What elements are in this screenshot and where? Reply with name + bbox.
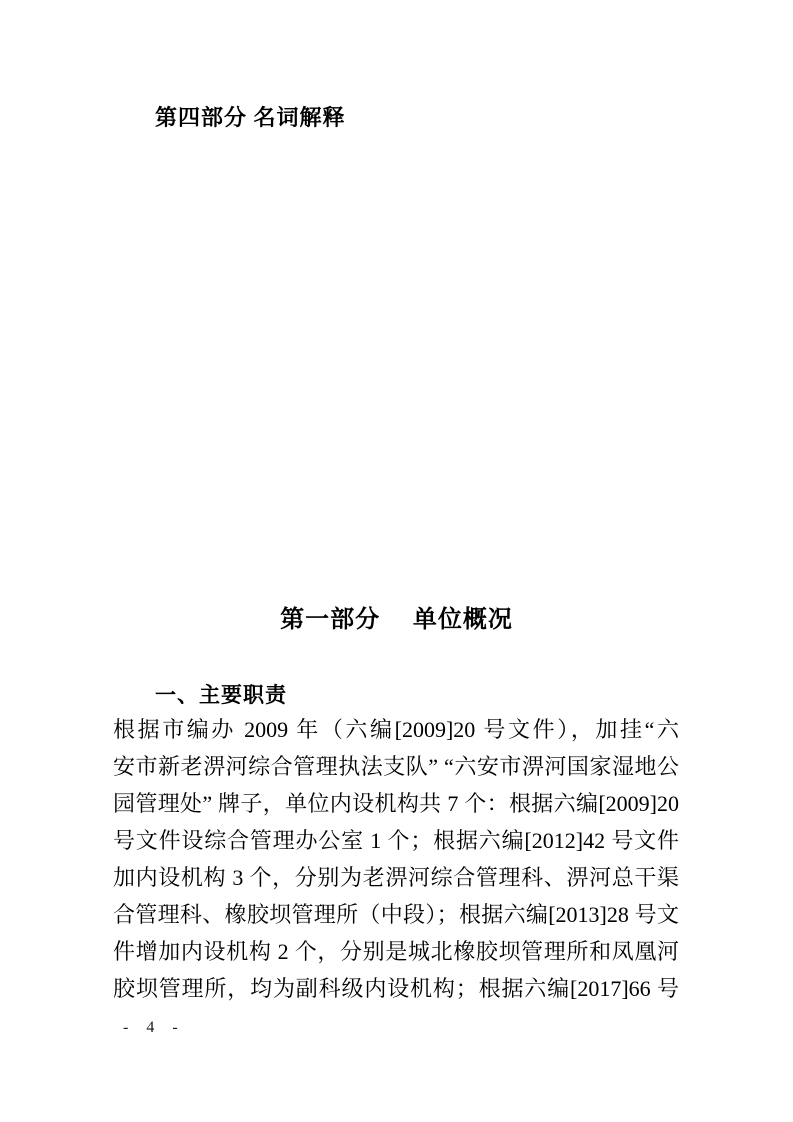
part-one-heading: 第一部分 单位概况 [0,599,793,634]
paragraph-line: 号文件设综合管理办公室 1 个；根据六编[2012]42 号文件增 [113,822,679,859]
document-page: 第四部分 名词解释 第一部分 单位概况 一、主要职责 根据市编办 2009 年（… [0,0,793,1122]
paragraph-line: 园管理处” 牌子，单位内设机构共 7 个：根据六编[2009]20 [113,785,679,822]
paragraph-line: 件增加内设机构 2 个，分别是城北橡胶坝管理所和凤凰河橡 [113,933,679,970]
body-paragraph: 根据市编办 2009 年（六编[2009]20 号文件），加挂“六 安市新老淠河… [113,711,679,1007]
paragraph-line: 胶坝管理所，均为副科级内设机构；根据六编[2017]66 号文 [113,970,679,1007]
paragraph-line: 安市新老淠河综合管理执法支队” “六安市淠河国家湿地公 [113,748,679,785]
paragraph-line: 合管理科、橡胶坝管理所（中段）；根据六编[2013]28 号文 [113,896,679,933]
paragraph-line: 加内设机构 3 个，分别为老淠河综合管理科、淠河总干渠综 [113,859,679,896]
part-four-heading: 第四部分 名词解释 [155,101,346,132]
page-number: - 4 - [123,1019,180,1037]
subsection-heading-main-duties: 一、主要职责 [155,679,287,709]
paragraph-line: 根据市编办 2009 年（六编[2009]20 号文件），加挂“六 [113,711,679,748]
